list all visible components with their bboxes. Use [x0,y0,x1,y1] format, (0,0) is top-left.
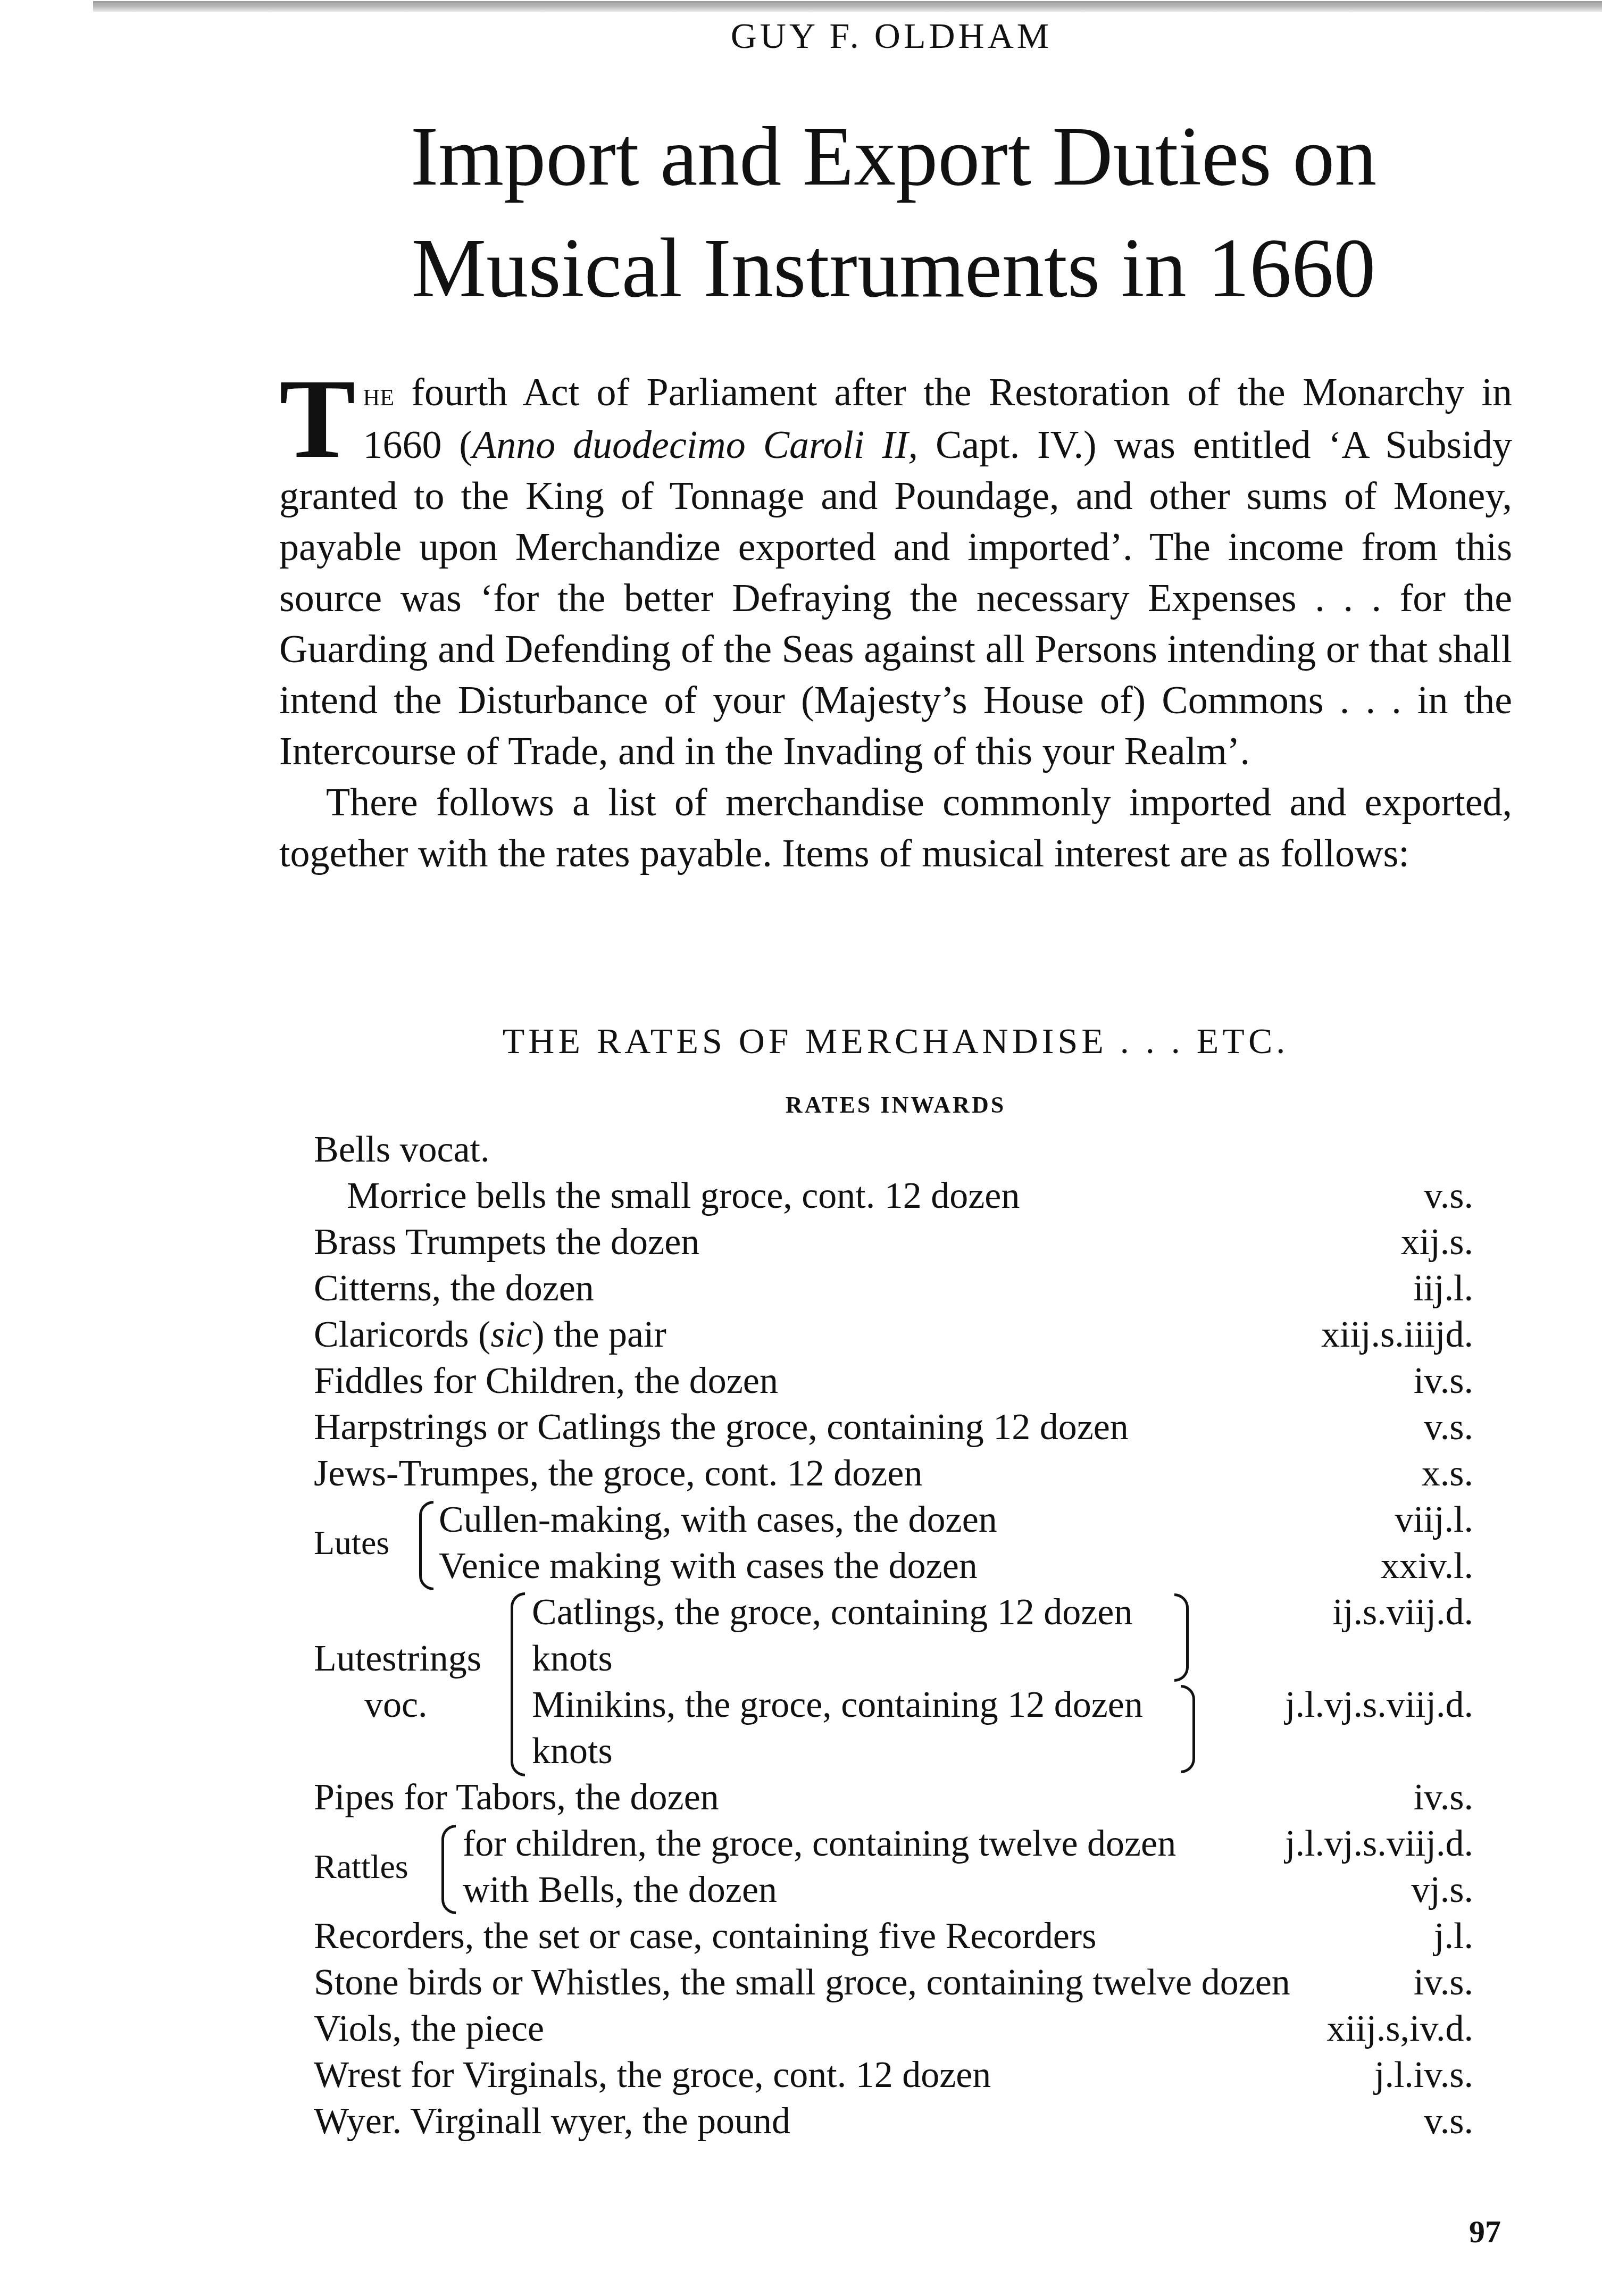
row-item: Claricords (sic) the pair [314,1312,666,1358]
table-subtitle: RATES INWARDS [279,1091,1512,1118]
table-row: knots [314,1635,1473,1682]
row-rate: vj.s. [1411,1867,1473,1913]
article-title: Import and Export Duties on Musical Inst… [176,101,1602,324]
table-row: Recorders, the set or case, containing f… [314,1913,1473,1959]
rates-table: Bells vocat. Morrice bells the small gro… [314,1126,1473,2144]
table-row: Minikins, the groce, containing 12 dozen… [314,1682,1473,1728]
row-rate: xxiv.l. [1381,1543,1473,1589]
lutes-group: Lutes Cullen-making, with cases, the doz… [314,1497,1473,1589]
viewer-top-bar [93,1,1602,12]
title-line-2: Musical Instruments in 1660 [176,213,1602,324]
right-brace-icon [1181,1685,1195,1773]
row-rate: xiij.s,iv.d. [1327,2006,1474,2052]
row-rate: j.l.vj.s.viij.d. [1285,1821,1473,1867]
row-rate: iij.l. [1413,1265,1473,1312]
row-item: Brass Trumpets the dozen [314,1219,699,1265]
row-item: Pipes for Tabors, the dozen [314,1774,719,1821]
row-rate: j.l.iv.s. [1374,2052,1473,2098]
table-row: Jews-Trumpes, the groce, cont. 12 dozen … [314,1450,1473,1497]
table-row: knots [314,1728,1473,1774]
right-brace-icon [1174,1593,1189,1682]
table-row: Catlings, the groce, containing 12 dozen… [314,1589,1473,1635]
row-item: Jews-Trumpes, the groce, cont. 12 dozen [314,1450,922,1497]
table-row: Harpstrings or Catlings the groce, conta… [314,1404,1473,1450]
table-row: Wrest for Virginals, the groce, cont. 12… [314,2052,1473,2098]
row-rate: viij.l. [1395,1497,1473,1543]
row-rate: iv.s. [1414,1774,1473,1821]
paragraph-2: There follows a list of merchandise comm… [279,777,1512,879]
row-rate: v.s. [1424,1173,1473,1219]
paragraph-1-text-b: Capt. IV.) was entitled ‘A Subsidy grant… [279,423,1512,773]
row-item: Minikins, the groce, containing 12 dozen [532,1682,1143,1728]
running-head-author: GUY F. OLDHAM [0,15,1602,57]
row-item: Harpstrings or Catlings the groce, conta… [314,1404,1129,1450]
row-rate: v.s. [1424,1404,1473,1450]
table-row: Pipes for Tabors, the dozen iv.s. [314,1774,1473,1821]
row-item: for children, the groce, containing twel… [463,1821,1176,1867]
table-row: Claricords (sic) the pair xiij.s.iiijd. [314,1312,1473,1358]
drop-cap: T [279,373,355,464]
page-number: 97 [1469,2214,1501,2250]
row-rate: j.l. [1434,1913,1473,1959]
row-rate: xij.s. [1401,1219,1473,1265]
paragraph-1-italic: Anno duodecimo Caroli II, [472,423,918,467]
row-item: with Bells, the dozen [463,1867,777,1913]
row-item: Fiddles for Children, the dozen [314,1358,778,1404]
row-rate: iv.s. [1414,1959,1473,2006]
row-rate: xiij.s.iiijd. [1321,1312,1473,1358]
row-item: Stone birds or Whistles, the small groce… [314,1959,1290,2006]
table-row: Viols, the piece xiij.s,iv.d. [314,2006,1473,2052]
table-row: Cullen-making, with cases, the dozen vii… [314,1497,1473,1543]
row-item-italic: sic [490,1314,532,1355]
row-item: Citterns, the dozen [314,1265,594,1312]
row-item: knots [532,1635,613,1682]
row-item: Venice making with cases the dozen [439,1543,978,1589]
row-rate: iv.s. [1414,1358,1473,1404]
row-rate: ij.s.viij.d. [1333,1589,1473,1635]
row-item: Wyer. Virginall wyer, the pound [314,2098,790,2144]
table-row: for children, the groce, containing twel… [314,1821,1473,1867]
row-rate: v.s. [1424,2098,1473,2144]
paragraph-1: The fourth Act of Parliament after the R… [279,367,1512,777]
row-item-text: ) the pair [532,1314,666,1355]
row-item: Morrice bells the small groce, cont. 12 … [347,1173,1020,1219]
row-item: Recorders, the set or case, containing f… [314,1913,1096,1959]
small-caps-text: he [363,375,394,413]
rattles-group: Rattles for children, the groce, contain… [314,1821,1473,1913]
table-row: Morrice bells the small groce, cont. 12 … [314,1173,1473,1219]
table-title: THE RATES OF MERCHANDISE . . . ETC. [279,1020,1512,1062]
row-item-text: Claricords ( [314,1314,490,1355]
row-item: Catlings, the groce, containing 12 dozen [532,1589,1132,1635]
row-item: Bells vocat. [314,1126,489,1173]
row-item: Wrest for Virginals, the groce, cont. 12… [314,2052,991,2098]
table-row: Fiddles for Children, the dozen iv.s. [314,1358,1473,1404]
table-row: Stone birds or Whistles, the small groce… [314,1959,1473,2006]
body-text: The fourth Act of Parliament after the R… [279,367,1512,879]
table-row: Wyer. Virginall wyer, the pound v.s. [314,2098,1473,2144]
table-row: Bells vocat. [314,1126,1473,1173]
row-rate: x.s. [1422,1450,1473,1497]
table-row: Brass Trumpets the dozen xij.s. [314,1219,1473,1265]
row-item: Cullen-making, with cases, the dozen [439,1497,997,1543]
table-row: Citterns, the dozen iij.l. [314,1265,1473,1312]
row-item: Viols, the piece [314,2006,544,2052]
table-row: with Bells, the dozen vj.s. [314,1867,1473,1913]
title-line-1: Import and Export Duties on [176,101,1602,213]
row-item: knots [532,1728,613,1774]
lutestrings-group: Lutestrings voc. Catlings, the groce, co… [314,1589,1473,1774]
table-row: Venice making with cases the dozen xxiv.… [314,1543,1473,1589]
row-rate: j.l.vj.s.viij.d. [1285,1682,1473,1728]
